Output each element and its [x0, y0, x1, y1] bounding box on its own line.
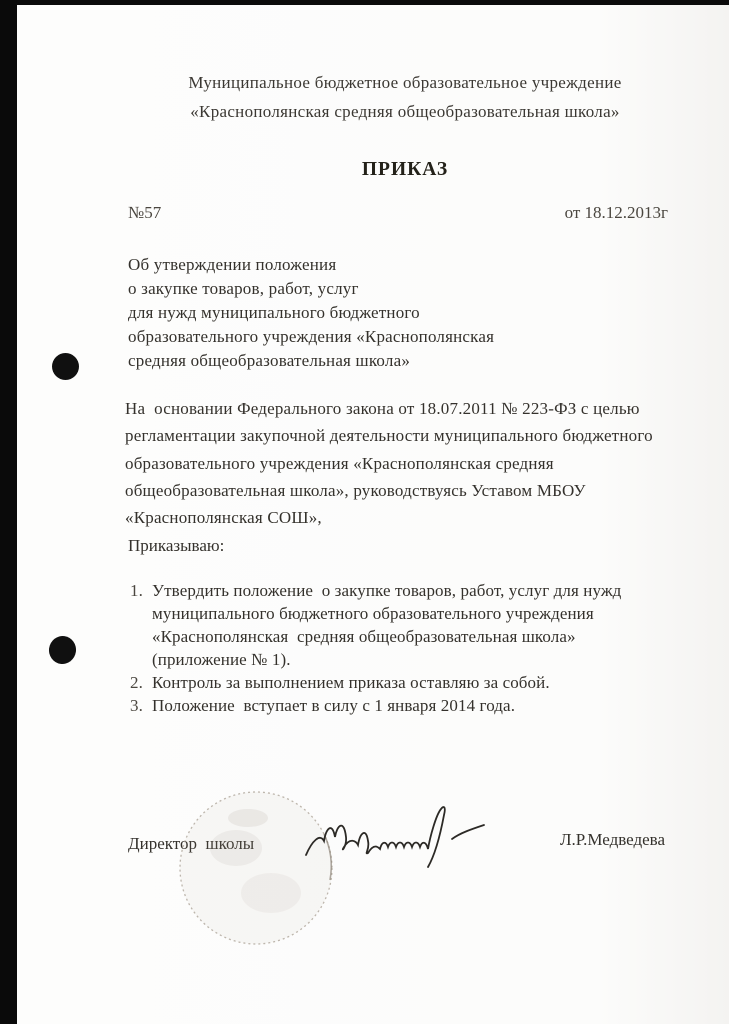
order-lead: Приказываю: [128, 536, 224, 556]
scanned-document-page: Муниципальное бюджетное образовательное … [0, 0, 729, 1024]
organization-name: Муниципальное бюджетное образовательное … [115, 68, 695, 126]
document-number: №57 [128, 203, 161, 223]
punch-hole-top [52, 353, 79, 380]
order-item-number: 2. [130, 671, 152, 694]
number-date-line: №57 от 18.12.2013г [128, 203, 668, 223]
order-item-number: 1. [130, 579, 152, 602]
order-item: 1. Утвердить положение о закупке товаров… [130, 579, 621, 671]
order-item-text: Утвердить положение о закупке товаров, р… [152, 579, 621, 671]
document-title: ПРИКАЗ [115, 159, 695, 181]
order-item-number: 3. [130, 694, 152, 717]
handwritten-signature [300, 797, 495, 882]
signer-name: Л.Р.Медведева [560, 830, 665, 850]
order-item: 2. Контроль за выполнением приказа остав… [130, 671, 621, 694]
document-date: от 18.12.2013г [565, 203, 668, 223]
scan-edge-top [0, 0, 729, 5]
order-item-text: Положение вступает в силу с 1 января 201… [152, 694, 515, 717]
subject-block: Об утверждении положения о закупке товар… [128, 253, 494, 373]
order-item: 3. Положение вступает в силу с 1 января … [130, 694, 621, 717]
order-item-text: Контроль за выполнением приказа оставляю… [152, 671, 550, 694]
preamble-paragraph: На основании Федерального закона от 18.0… [125, 395, 685, 531]
punch-hole-bottom [47, 634, 78, 665]
scan-edge-left [0, 0, 17, 1024]
order-list: 1. Утвердить положение о закупке товаров… [130, 579, 621, 717]
